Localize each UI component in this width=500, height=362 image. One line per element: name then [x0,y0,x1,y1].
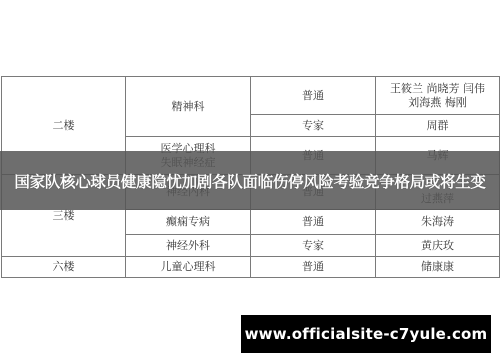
department-cell: 精神科 [126,77,251,137]
doctors-cell: 朱海涛 [376,210,500,235]
doctors-cell: 周群 [376,115,500,137]
clinic-type-cell: 普通 [251,77,376,115]
clinic-type-cell: 专家 [251,115,376,137]
watermark-url: www.officialsite-c7yule.com [245,325,488,343]
doctors-cell: 黄庆玫 [376,235,500,257]
clinic-type-cell: 专家 [251,235,376,257]
clinic-type-cell: 普通 [251,257,376,278]
watermark-box: www.officialsite-c7yule.com [241,315,491,353]
department-cell: 儿童心理科 [126,257,251,278]
department-cell: 神经外科 [126,235,251,257]
table-row: 二楼 精神科 普通 王筱兰 尚晓芳 闫伟 刘海燕 梅刚 [2,77,500,115]
floor-cell: 六楼 [2,257,126,278]
headline-banner: 国家队核心球员健康隐忧加剧各队面临伤停风险考验竞争格局或将生变 [0,151,500,210]
clinic-type-cell: 普通 [251,210,376,235]
department-cell: 癫痫专病 [126,210,251,235]
headline-text: 国家队核心球员健康隐忧加剧各队面临伤停风险考验竞争格局或将生变 [14,170,485,192]
doctors-line: 刘海燕 梅刚 [380,96,495,110]
doctors-line: 王筱兰 尚晓芳 闫伟 [380,82,495,96]
doctors-cell: 储康康 [376,257,500,278]
doctors-cell: 王筱兰 尚晓芳 闫伟 刘海燕 梅刚 [376,77,500,115]
table-row: 六楼 儿童心理科 普通 储康康 [2,257,500,278]
